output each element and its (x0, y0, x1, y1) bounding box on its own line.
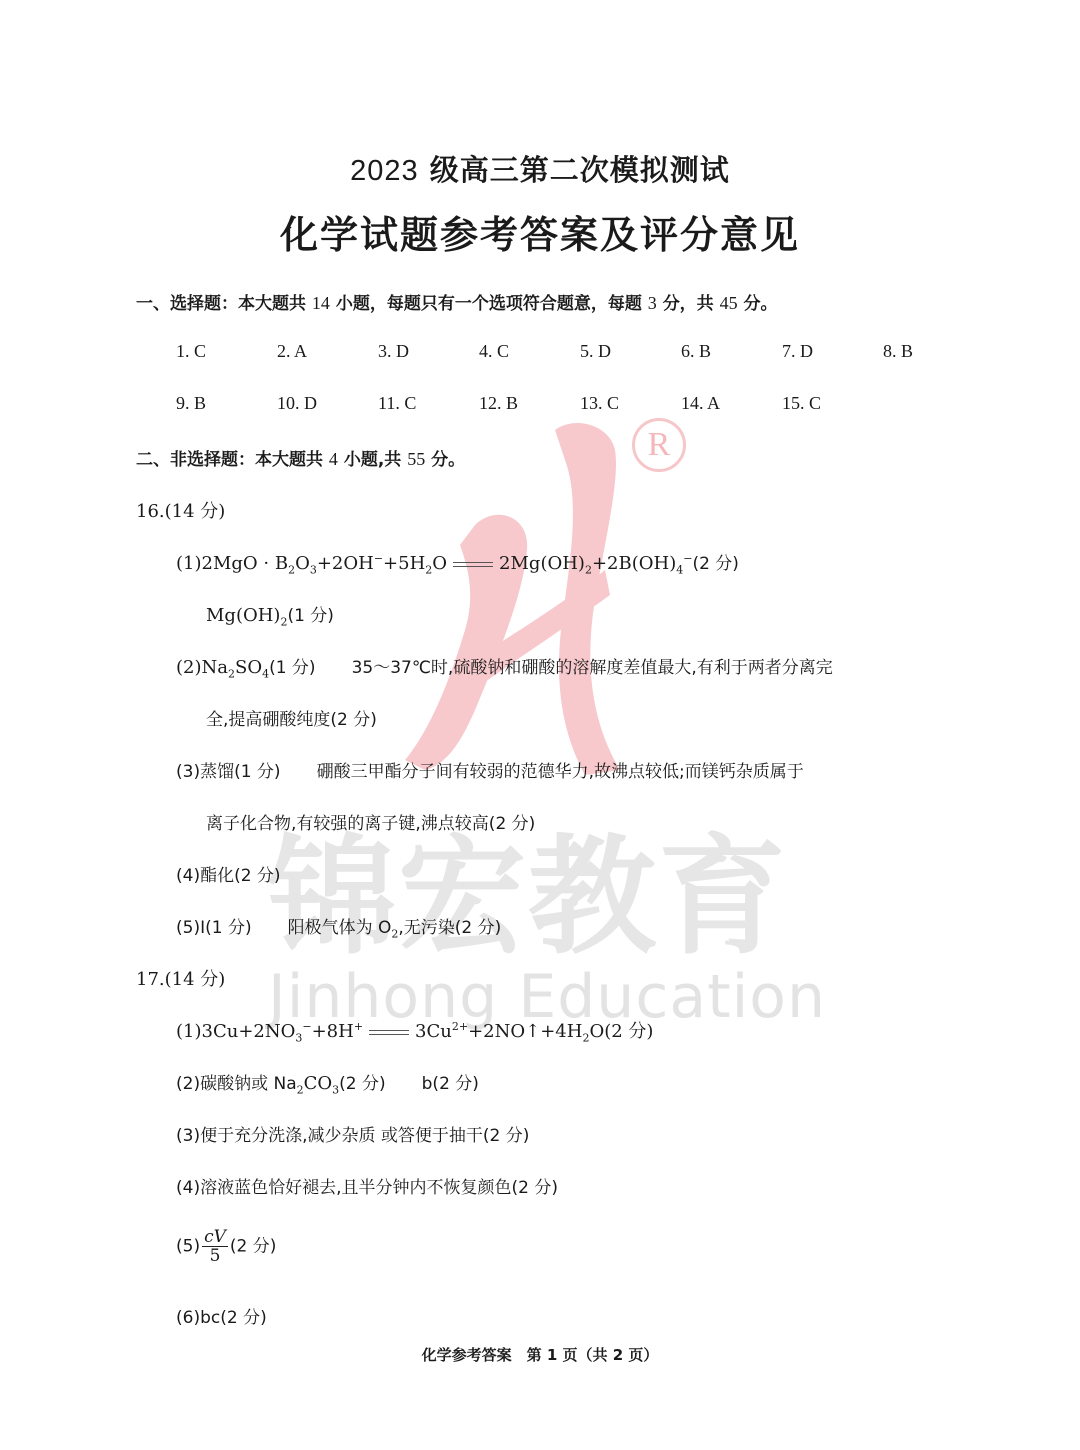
eq-text: +5H (383, 553, 425, 574)
eq-text: Mg(OH) (206, 605, 280, 626)
q17-part3: (3)便于充分洗涤,减少杂质 或答便于抽干(2 分) (176, 1121, 529, 1146)
title-year: 2023 (350, 155, 419, 187)
heading-text: 小题，每题只有一个选项符合题意，每题 (336, 294, 642, 314)
mc-answer: 7. D (782, 341, 813, 362)
eq-text: 3Cu (415, 1021, 452, 1042)
eq-text: O (295, 553, 310, 574)
points-label: (2 分) (339, 1074, 385, 1094)
q16-part1-equation: (1)2MgO · B2O3+2OH−+5H2O2Mg(OH)2+2B(OH)4… (176, 549, 739, 577)
mc-answer: 10. D (277, 393, 317, 414)
section-total-points: 45 (720, 293, 738, 313)
points-label: (2 分) (230, 1237, 276, 1257)
points-label: (2 分) (692, 554, 738, 574)
q16-part3-line2: 离子化合物,有较强的离子键,沸点较高(2 分) (206, 809, 535, 834)
q17-part1-equation: (1)3Cu+2NO3−+8H+3Cu2++2NO↑+4H2O(2 分) (176, 1017, 653, 1045)
points-label: (1 分) (269, 658, 315, 678)
eq-text: +2OH (317, 553, 374, 574)
subscript: 2 (288, 564, 295, 577)
heading-text: 分。 (431, 450, 465, 470)
question-count: 14 (312, 293, 330, 313)
equals-sign-icon (369, 1030, 409, 1035)
eq-text: +2NO↑+4H (468, 1021, 582, 1042)
mc-answer: 5. D (580, 341, 611, 362)
section-2-heading: 二、非选择题：本大题共 4 小题,共 55 分。 (136, 445, 465, 470)
subscript: 2 (585, 564, 592, 577)
mc-answer: 4. C (479, 341, 509, 362)
q16-part2: (2)Na2SO4(1 分)35～37℃时,硫酸钠和硼酸的溶解度差值最大,有利于… (176, 653, 833, 681)
superscript: − (302, 1020, 311, 1033)
document-title: 化学试题参考答案及评分意见 (0, 204, 1080, 259)
eq-text: SO (235, 657, 262, 678)
mc-answer: 6. B (681, 341, 711, 362)
points-per-question: 3 (648, 293, 657, 313)
section-total-points: 55 (407, 449, 425, 469)
mc-answer: 2. A (277, 341, 307, 362)
q17-part2: (2)碳酸钠或 Na2CO3(2 分)b(2 分) (176, 1069, 479, 1097)
q16-header: 16.(14 分) (136, 497, 225, 523)
q16-part2-line2: 全,提高硼酸纯度(2 分) (206, 705, 377, 730)
mc-answer: 1. C (176, 341, 206, 362)
subscript: 4 (676, 564, 683, 577)
mc-answer: 14. A (681, 393, 720, 414)
heading-text: 分。 (744, 294, 778, 314)
fraction: cV5 (202, 1228, 228, 1265)
eq-text: (1)3Cu+2NO (176, 1021, 295, 1042)
subscript: 3 (310, 564, 317, 577)
heading-text: 一、选择题：本大题共 (136, 294, 306, 314)
answer-text: 35～37℃时,硫酸钠和硼酸的溶解度差值最大,有利于两者分离完 (352, 658, 833, 678)
q17-part6: (6)bc(2 分) (176, 1303, 267, 1328)
q17-header: 17.(14 分) (136, 965, 225, 991)
superscript: 2+ (452, 1020, 468, 1033)
title-text: 级高三第二次模拟测试 (430, 153, 730, 187)
eq-text: O (432, 553, 447, 574)
subscript: 2 (297, 1084, 304, 1097)
eq-text: (1)2MgO · B (176, 553, 288, 574)
q17-part4: (4)溶液蓝色恰好褪去,且半分钟内不恢复颜色(2 分) (176, 1173, 558, 1198)
eq-text: +8H (312, 1021, 354, 1042)
eq-text: CO (304, 1073, 333, 1094)
mc-answer: 3. D (378, 341, 409, 362)
heading-text: 二、非选择题：本大题共 (136, 450, 323, 470)
equals-sign-icon (453, 562, 493, 567)
answer-key-page: R 锦宏教育 Jinhong Education 2023 级高三第二次模拟测试… (0, 0, 1080, 1450)
answer-text: ,无污染(2 分) (398, 918, 501, 938)
answer-text: (2)碳酸钠或 Na (176, 1074, 297, 1094)
mc-answer: 12. B (479, 393, 518, 414)
answer-text: (3)蒸馏(1 分) (176, 762, 281, 782)
eq-text: +2B(OH) (592, 553, 676, 574)
heading-text: 小题,共 (344, 450, 401, 470)
answer-text: 阳极气体为 O (288, 918, 392, 938)
q16-part1-line2: Mg(OH)2(1 分) (206, 601, 334, 629)
part-label: (5) (176, 1237, 200, 1257)
eq-text: (2)Na (176, 657, 228, 678)
mc-answer: 8. B (883, 341, 913, 362)
q17-part5: (5)cV5(2 分) (176, 1228, 276, 1265)
subscript: 2 (228, 668, 235, 681)
eq-text: 2Mg(OH) (499, 553, 585, 574)
subscript: 3 (295, 1032, 302, 1045)
answer-text: (5)I(1 分) (176, 918, 252, 938)
question-count: 4 (329, 449, 338, 469)
superscript: + (354, 1020, 363, 1033)
points-label: (1 分) (287, 606, 333, 626)
page-footer: 化学参考答案 第 1 页（共 2 页） (0, 1344, 1080, 1365)
q16-part4: (4)酯化(2 分) (176, 861, 281, 886)
answer-text: 硼酸三甲酯分子间有较弱的范德华力,故沸点较低;而镁钙杂质属于 (317, 762, 804, 782)
fraction-denominator: 5 (202, 1247, 228, 1265)
answer-text: b(2 分) (422, 1074, 479, 1094)
mc-answer: 13. C (580, 393, 619, 414)
heading-text: 分，共 (663, 294, 714, 314)
mc-answer: 15. C (782, 393, 821, 414)
fraction-numerator: cV (202, 1228, 228, 1247)
mc-answer: 11. C (378, 393, 416, 414)
section-1-heading: 一、选择题：本大题共 14 小题，每题只有一个选项符合题意，每题 3 分，共 4… (136, 289, 778, 314)
superscript: − (374, 552, 383, 565)
exam-title: 2023 级高三第二次模拟测试 (0, 148, 1080, 189)
document-content: 2023 级高三第二次模拟测试 化学试题参考答案及评分意见 一、选择题：本大题共… (0, 0, 1080, 1450)
mc-answer: 9. B (176, 393, 206, 414)
eq-text: O(2 分) (589, 1021, 653, 1042)
q16-part5: (5)I(1 分)阳极气体为 O2,无污染(2 分) (176, 913, 501, 941)
q16-part3: (3)蒸馏(1 分)硼酸三甲酯分子间有较弱的范德华力,故沸点较低;而镁钙杂质属于 (176, 757, 804, 782)
